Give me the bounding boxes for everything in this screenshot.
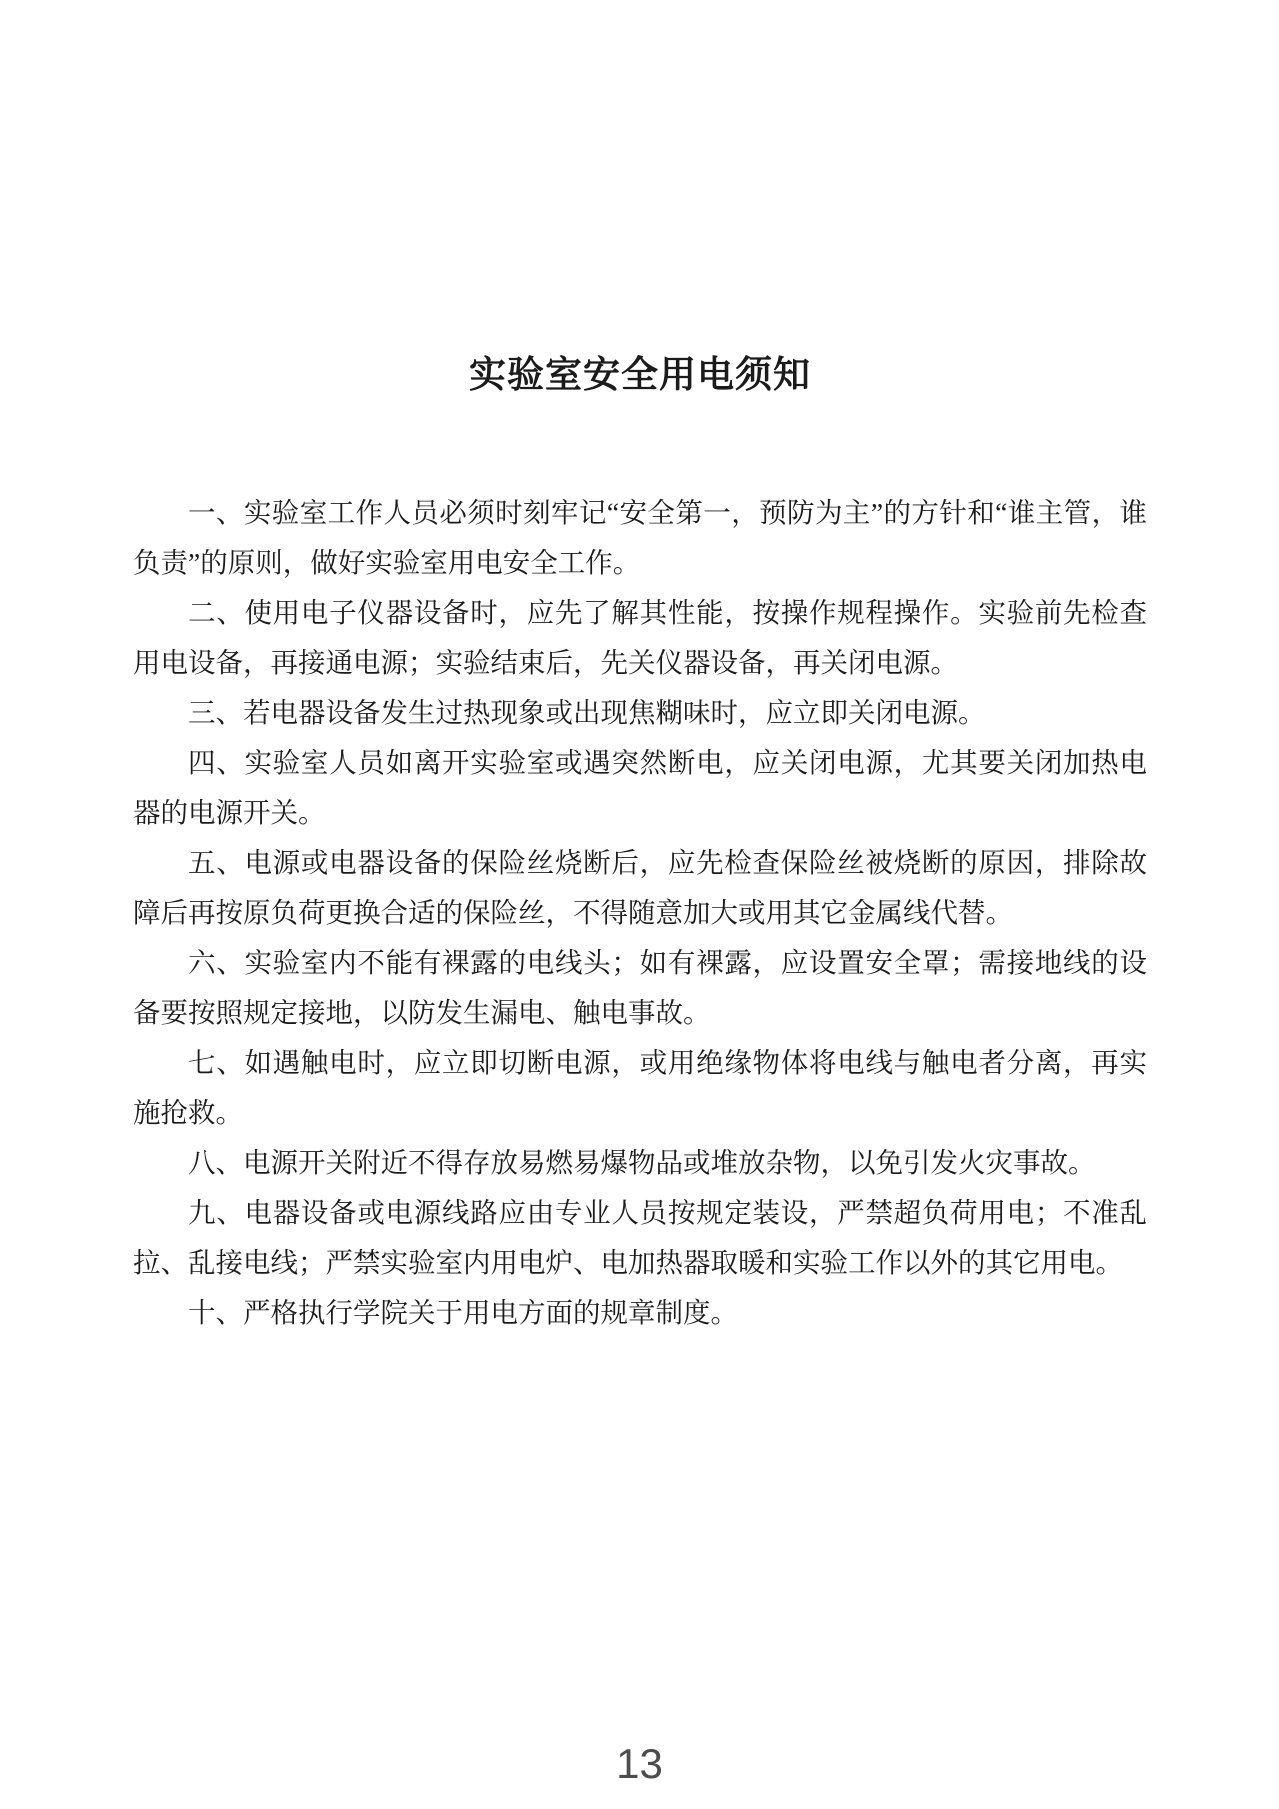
paragraph-3: 三、若电器设备发生过热现象或出现焦糊味时，应立即关闭电源。 <box>133 688 1147 738</box>
paragraph-1: 一、实验室工作人员必须时刻牢记“安全第一，预防为主”的方针和“谁主管，谁负责”的… <box>133 488 1147 588</box>
paragraph-8: 八、电源开关附近不得存放易燃易爆物品或堆放杂物，以免引发火灾事故。 <box>133 1138 1147 1188</box>
document-content: 实验室安全用电须知 一、实验室工作人员必须时刻牢记“安全第一，预防为主”的方针和… <box>0 0 1279 1338</box>
paragraph-6: 六、实验室内不能有裸露的电线头；如有裸露，应设置安全罩；需接地线的设备要按照规定… <box>133 938 1147 1038</box>
paragraph-7: 七、如遇触电时，应立即切断电源，或用绝缘物体将电线与触电者分离，再实施抢救。 <box>133 1038 1147 1138</box>
page-title: 实验室安全用电须知 <box>133 352 1147 400</box>
paragraph-9: 九、电器设备或电源线路应由专业人员按规定装设，严禁超负荷用电；不准乱拉、乱接电线… <box>133 1188 1147 1288</box>
paragraph-2: 二、使用电子仪器设备时，应先了解其性能，按操作规程操作。实验前先检查用电设备，再… <box>133 588 1147 688</box>
paragraph-5: 五、电源或电器设备的保险丝烧断后，应先检查保险丝被烧断的原因，排除故障后再按原负… <box>133 838 1147 938</box>
paragraph-10: 十、严格执行学院关于用电方面的规章制度。 <box>133 1288 1147 1338</box>
page-number: 13 <box>0 1741 1279 1787</box>
paragraph-4: 四、实验室人员如离开实验室或遇突然断电，应关闭电源，尤其要关闭加热电器的电源开关… <box>133 738 1147 838</box>
document-page: 实验室安全用电须知 一、实验室工作人员必须时刻牢记“安全第一，预防为主”的方针和… <box>0 0 1279 1809</box>
